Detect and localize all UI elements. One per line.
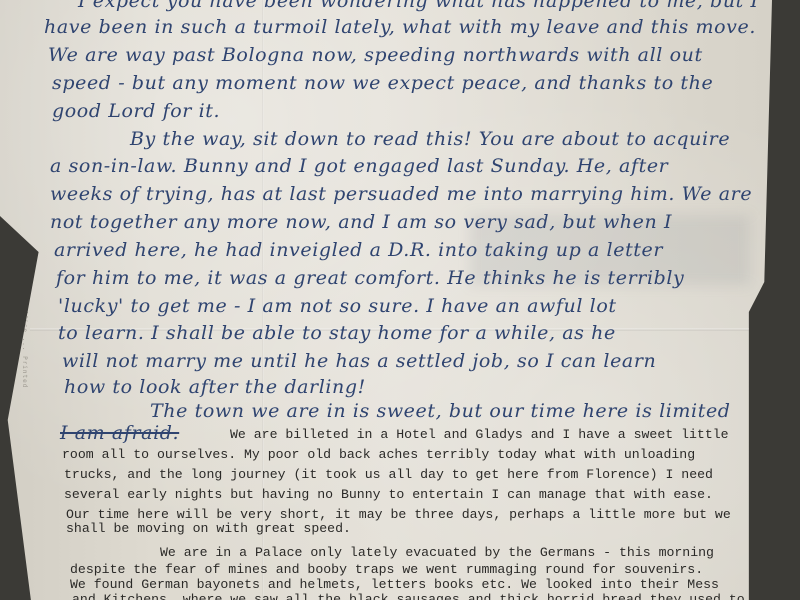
margin-printed-stamp: A ... Crown Office ... Printed	[21, 250, 28, 388]
handwritten-line: speed - but any moment now we expect pea…	[52, 72, 713, 94]
letter-page: A ... Crown Office ... Printed I expect …	[0, 0, 772, 600]
typed-line: despite the fear of mines and booby trap…	[70, 562, 703, 577]
handwritten-line: The town we are in is sweet, but our tim…	[150, 400, 731, 422]
typed-line: several early nights but having no Bunny…	[64, 487, 713, 502]
handwritten-line: not together any more now, and I am so v…	[50, 211, 672, 233]
handwritten-line: to learn. I shall be able to stay home f…	[58, 322, 616, 344]
handwritten-line: will not marry me until he has a settled…	[62, 350, 656, 372]
typed-line: We are in a Palace only lately evacuated…	[160, 545, 714, 560]
handwritten-line: 'lucky' to get me - I am not so sure. I …	[58, 295, 617, 317]
handwritten-struck-text: I am afraid.	[60, 422, 179, 444]
typed-line: trucks, and the long journey (it took us…	[64, 467, 713, 482]
typed-line: room all to ourselves. My poor old back …	[62, 447, 695, 462]
typed-line: and Kitchens, where we saw all the black…	[72, 592, 745, 600]
handwritten-line: weeks of trying, has at last persuaded m…	[50, 183, 752, 205]
typed-line: Our time here will be very short, it may…	[66, 507, 731, 522]
handwritten-line: We are way past Bologna now, speeding no…	[48, 44, 703, 66]
handwritten-line: arrived here, he had inveigled a D.R. in…	[54, 239, 663, 261]
handwritten-line: I expect you have been wondering what ha…	[78, 0, 759, 12]
typed-line: We are billeted in a Hotel and Gladys an…	[230, 427, 729, 442]
typed-line: shall be moving on with great speed.	[66, 521, 351, 536]
handwritten-line: good Lord for it.	[52, 100, 220, 122]
handwritten-line: have been in such a turmoil lately, what…	[44, 16, 756, 38]
handwritten-line: By the way, sit down to read this! You a…	[130, 128, 730, 150]
handwritten-line: a son-in-law. Bunny and I got engaged la…	[50, 155, 668, 177]
handwritten-line: for him to me, it was a great comfort. H…	[56, 267, 684, 289]
handwritten-line: how to look after the darling!	[64, 376, 366, 398]
typed-line: We found German bayonets and helmets, le…	[70, 577, 719, 592]
